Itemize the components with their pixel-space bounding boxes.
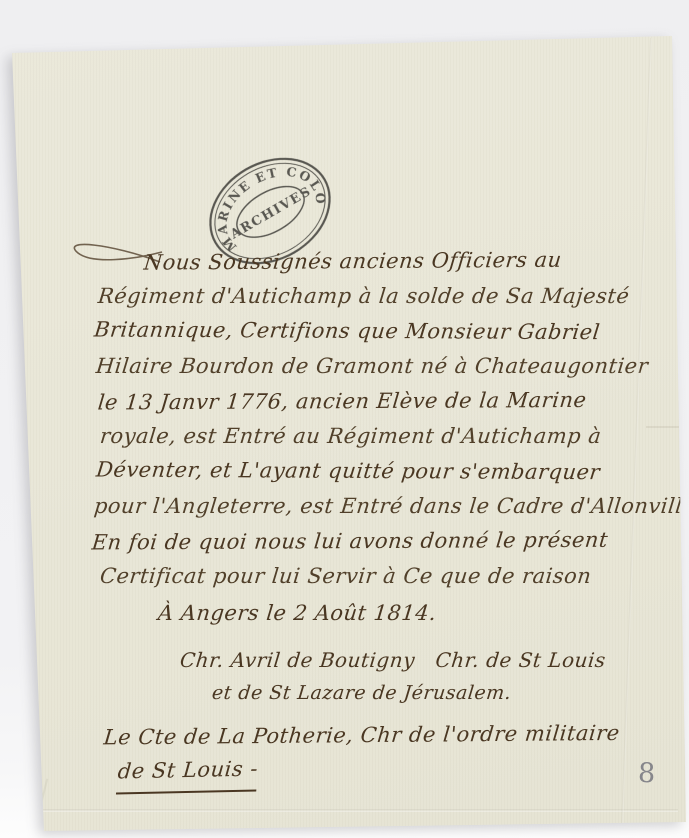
body-line: Hilaire Bourdon de Gramont né à Chateaug…: [90, 349, 669, 384]
body-line: Déventer, et L'ayant quitté pour s'embar…: [90, 452, 669, 490]
paper-sheet: MARINE ET COLONIES ARCHIVES Nous Soussig…: [0, 0, 689, 838]
letter-text-block: Nous Soussignés anciens Officiers au Rég…: [92, 244, 667, 788]
body-line: Britannique, Certifions que Monsieur Gab…: [90, 312, 669, 350]
paper-shadow-wrap: MARINE ET COLONIES ARCHIVES Nous Soussig…: [0, 0, 689, 838]
folio-page-number: 8: [637, 758, 655, 790]
body-line: le 13 Janvr 1776, ancien Elève de la Mar…: [90, 382, 669, 420]
bottom-left-crease: [34, 779, 49, 830]
horizontal-fold-crease: [42, 809, 678, 812]
body-line: Certificat pour lui Servir à Ce que de r…: [90, 559, 669, 594]
body-line: Nous Soussignés anciens Officiers au: [90, 242, 669, 281]
body-line: En foi de quoi nous lui avons donné le p…: [90, 522, 669, 560]
body-line: pour l'Angleterre, est Entré dans le Cad…: [90, 489, 669, 524]
underlined-text: de St Louis -: [116, 752, 260, 795]
scanned-document-page: MARINE ET COLONIES ARCHIVES Nous Soussig…: [0, 0, 689, 838]
postscript-line: Le Cte de La Potherie, Chr de l'ordre mi…: [90, 715, 669, 755]
postscript-line: de St Louis -: [90, 753, 669, 788]
body-line: royale, est Entré au Régiment d'Auticham…: [90, 419, 669, 454]
dateline: À Angers le 2 Août 1814.: [90, 596, 669, 631]
signature-line: Chr. Avril de Boutigny Chr. de St Louis: [90, 643, 669, 678]
body-line: Régiment d'Autichamp à la solde de Sa Ma…: [90, 279, 669, 314]
signature-line: et de St Lazare de Jérusalem.: [90, 678, 668, 708]
